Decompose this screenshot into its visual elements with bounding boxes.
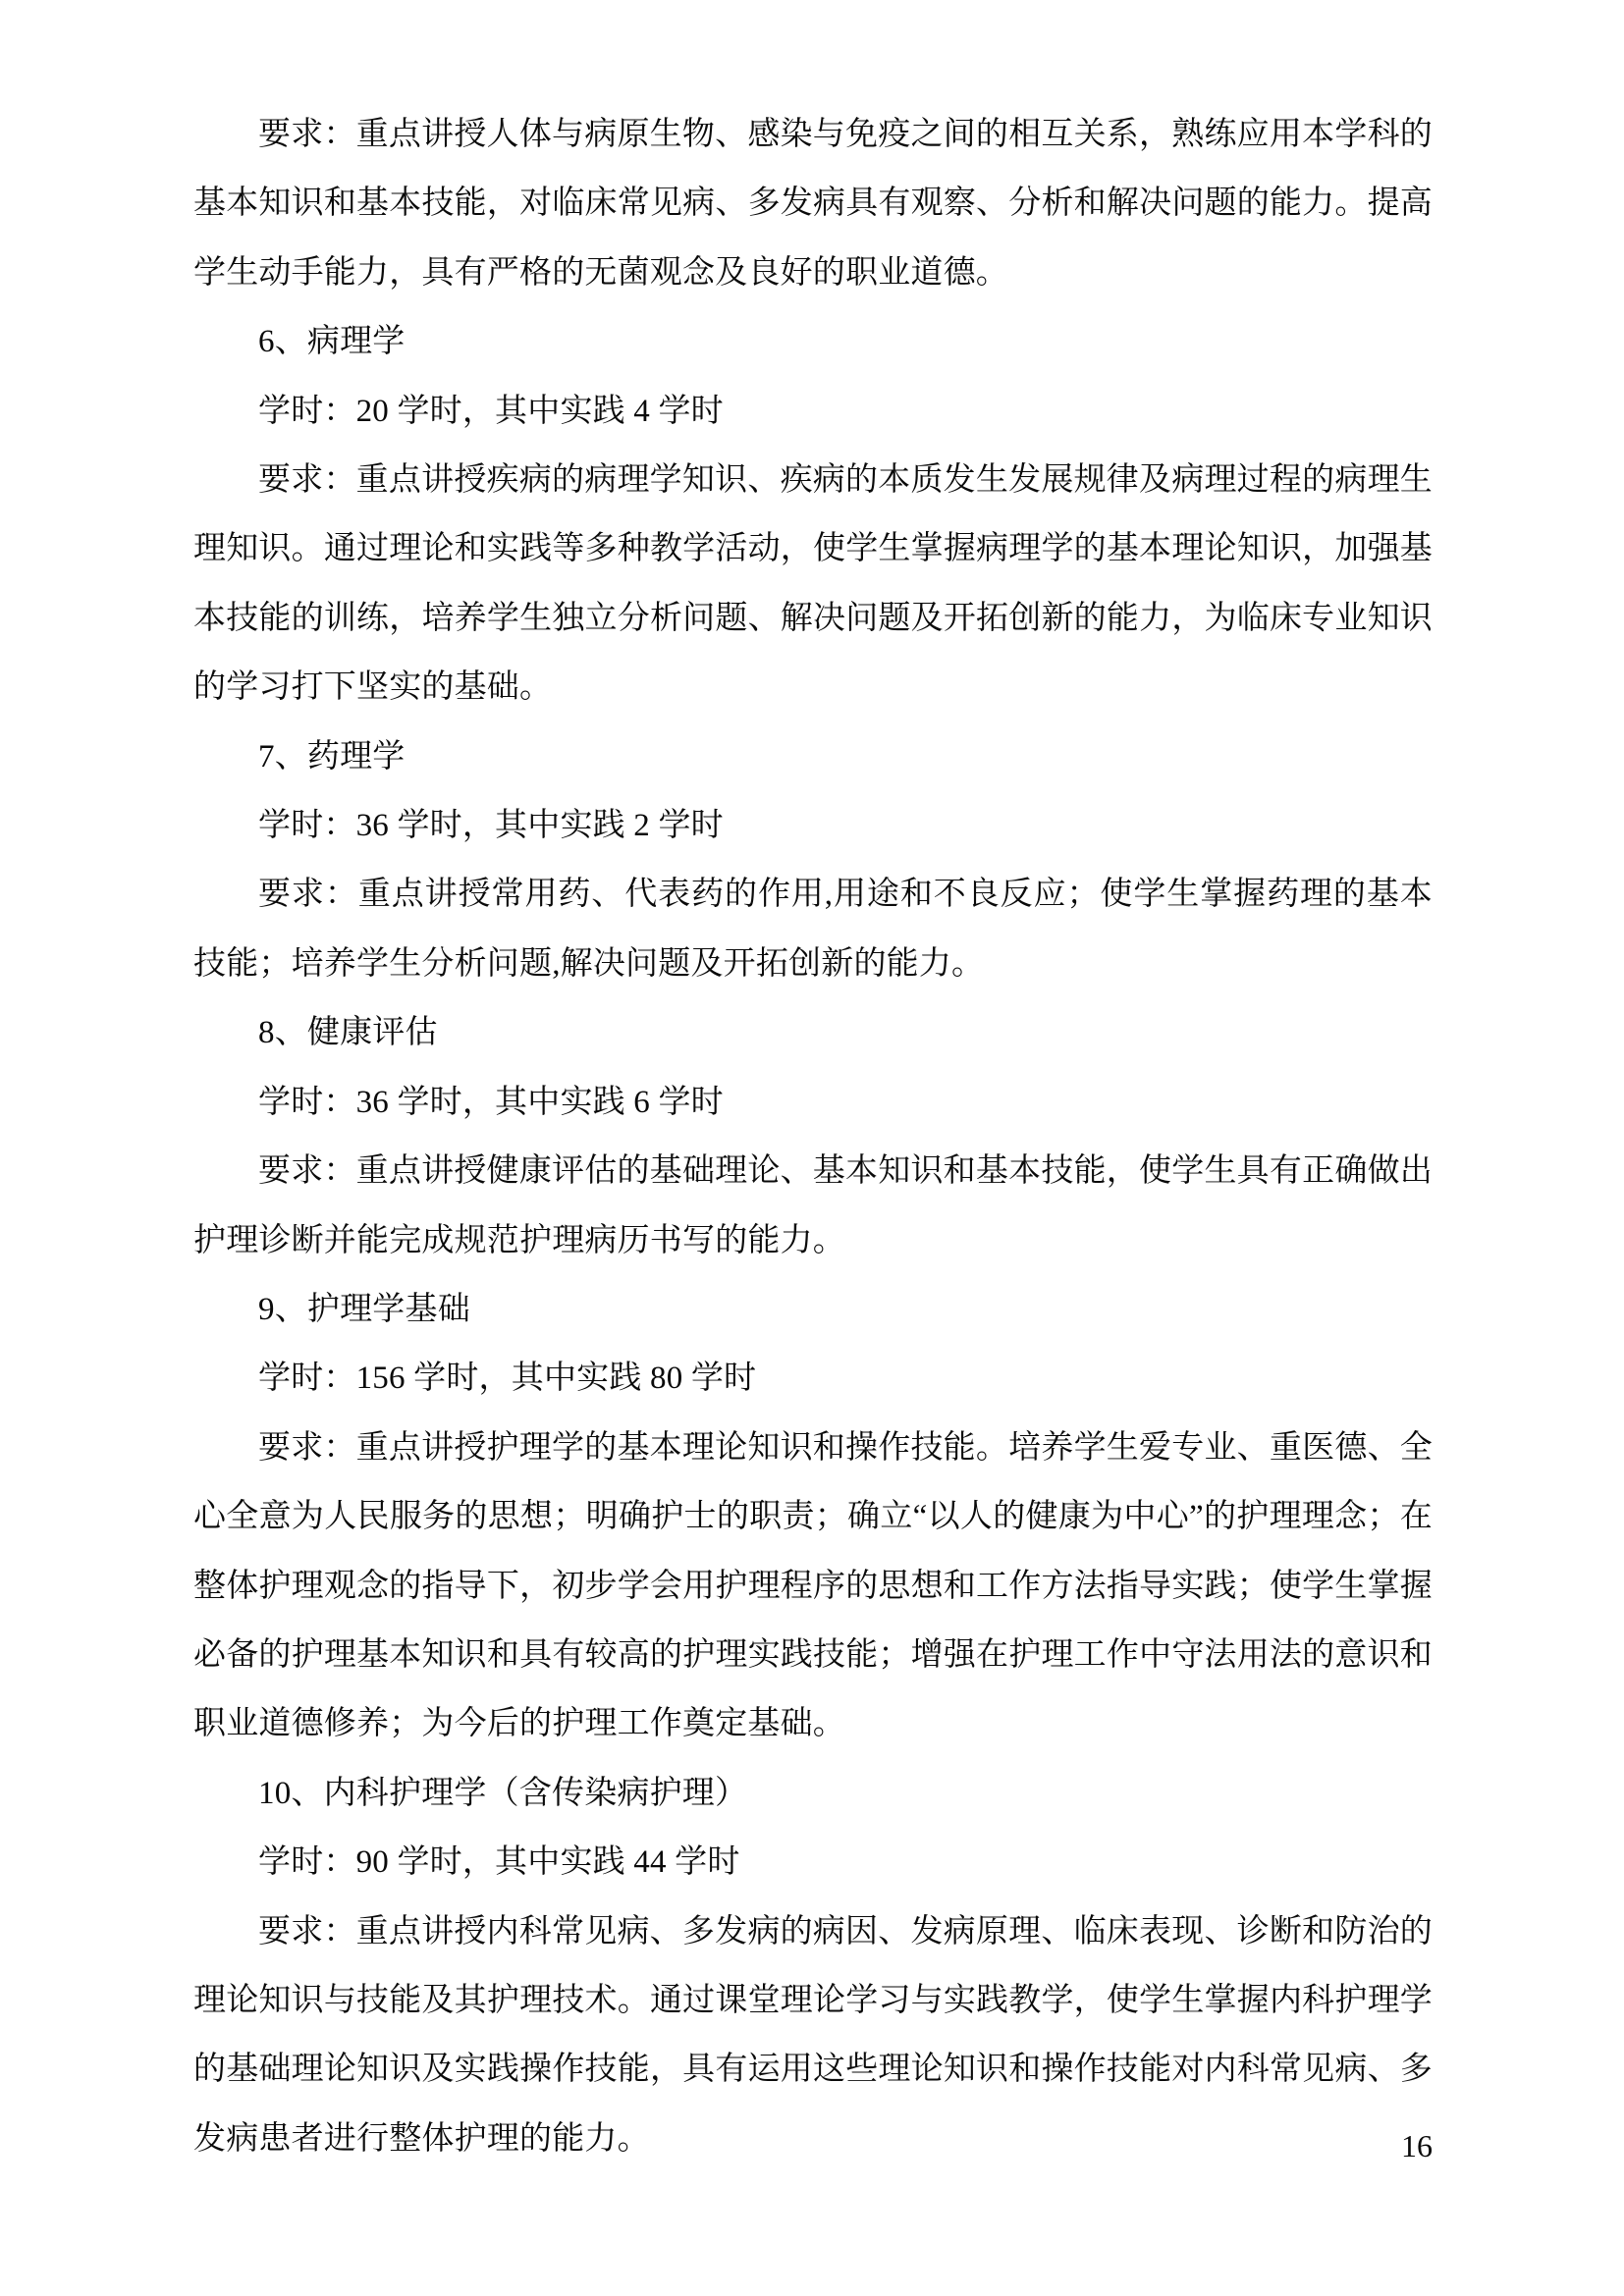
section-10-internal-medicine-nursing-title: 10、内科护理学（含传染病护理）: [193, 1759, 1433, 1828]
section-7-pharmacology-hours: 学时：36 学时，其中实践 2 学时: [193, 791, 1433, 860]
section-8-health-assessment-hours: 学时：36 学时，其中实践 6 学时: [193, 1068, 1433, 1137]
section-9-nursing-fundamentals-title: 9、护理学基础: [193, 1275, 1433, 1344]
section-6-pathology-requirement: 要求：重点讲授疾病的病理学知识、疾病的本质发生发展规律及病理过程的病理生理知识。…: [193, 446, 1433, 722]
section-7-pharmacology-requirement: 要求：重点讲授常用药、代表药的作用,用途和不良反应；使学生掌握药理的基本技能；培…: [193, 860, 1433, 998]
section-9-nursing-fundamentals-requirement: 要求：重点讲授护理学的基本理论知识和操作技能。培养学生爱专业、重医德、全心全意为…: [193, 1414, 1433, 1759]
section-8-health-assessment-title: 8、健康评估: [193, 998, 1433, 1067]
document-page: 要求：重点讲授人体与病原生物、感染与免疫之间的相互关系，熟练应用本学科的基本知识…: [0, 0, 1624, 2296]
page-number: 16: [193, 2128, 1433, 2163]
section-6-pathology-title: 6、病理学: [193, 307, 1433, 376]
paragraph-requirement-previous-course: 要求：重点讲授人体与病原生物、感染与免疫之间的相互关系，熟练应用本学科的基本知识…: [193, 100, 1433, 307]
section-6-pathology-hours: 学时：20 学时，其中实践 4 学时: [193, 377, 1433, 446]
page-body: 要求：重点讲授人体与病原生物、感染与免疫之间的相互关系，熟练应用本学科的基本知识…: [193, 100, 1433, 2173]
section-8-health-assessment-requirement: 要求：重点讲授健康评估的基础理论、基本知识和基本技能，使学生具有正确做出护理诊断…: [193, 1137, 1433, 1275]
section-9-nursing-fundamentals-hours: 学时：156 学时，其中实践 80 学时: [193, 1344, 1433, 1413]
section-10-internal-medicine-nursing-hours: 学时：90 学时，其中实践 44 学时: [193, 1828, 1433, 1896]
section-7-pharmacology-title: 7、药理学: [193, 722, 1433, 791]
